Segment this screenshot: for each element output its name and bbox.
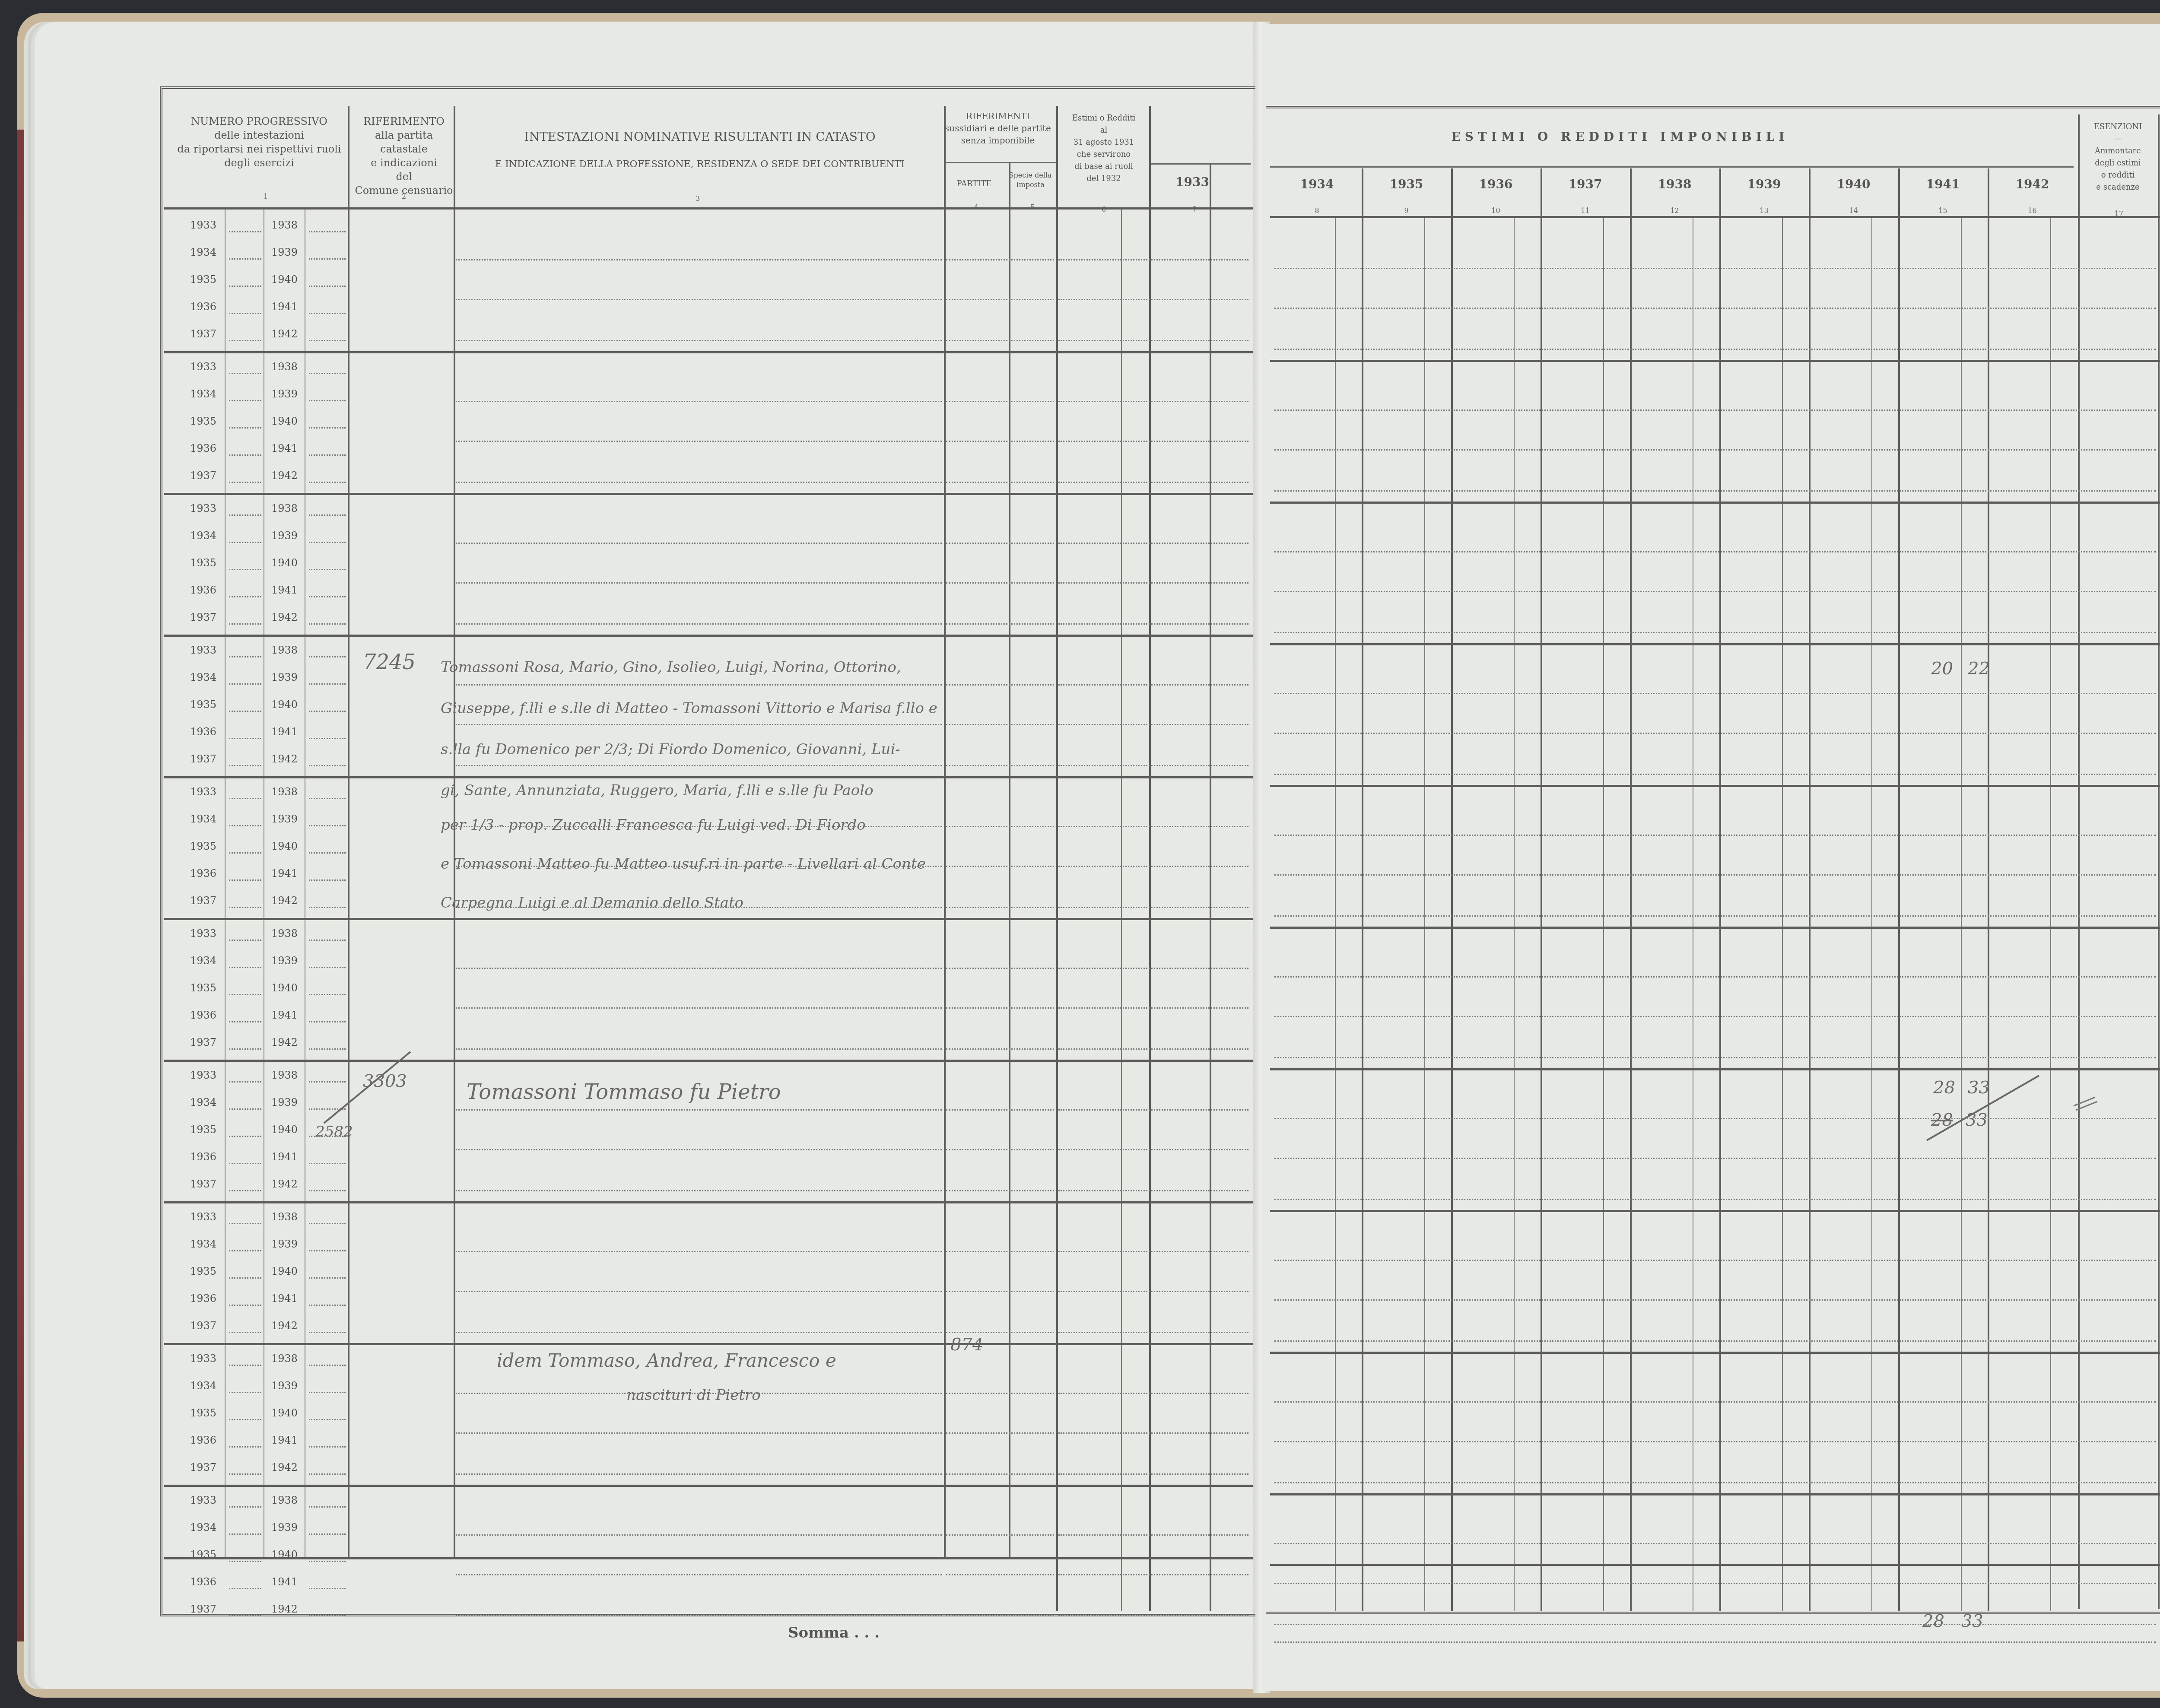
year-label: 1942: [271, 1320, 298, 1332]
col-number: 14: [1809, 206, 1898, 215]
entry-line: [309, 569, 346, 570]
name-line: [456, 1332, 942, 1333]
year-header: 1935: [1362, 177, 1451, 191]
name-line: [456, 1534, 942, 1536]
entry-line: [309, 879, 346, 881]
entry-line: [309, 1190, 346, 1191]
somma-1941-cent: 33: [1961, 1611, 1983, 1631]
value-line: [1058, 1615, 1248, 1616]
entry-line: [229, 1081, 261, 1083]
year-label: 1937: [190, 1320, 216, 1332]
esenzioni-sub: e scadenze: [2080, 181, 2156, 194]
header-col45-sub: senza imponibile: [944, 134, 1052, 146]
entry-line: [229, 400, 261, 401]
block-divider: [164, 351, 1253, 353]
year-label: 1937: [190, 611, 216, 623]
value-line: [1058, 441, 1248, 442]
name-line: [456, 441, 942, 442]
year-label: 1938: [271, 1494, 298, 1506]
vline: [264, 210, 264, 1557]
year-label: 1942: [271, 1178, 298, 1190]
entry-line: [229, 940, 261, 941]
vline: [1630, 168, 1632, 1611]
entry-line: [309, 1250, 346, 1251]
year-label: 1938: [271, 644, 298, 656]
entry-line: [309, 258, 346, 260]
name-line: [456, 1615, 942, 1616]
block4-line: Giuseppe, f.lli e s.lle di Matteo - Toma…: [441, 700, 937, 717]
value-line: [1058, 340, 1248, 341]
entry-line: [229, 427, 261, 429]
year-label: 1933: [190, 219, 216, 231]
year-label: 1937: [190, 1461, 216, 1473]
name-line: [456, 1251, 942, 1252]
year-header: 1936: [1451, 177, 1541, 191]
entry-line: [309, 798, 346, 799]
value-line: [1274, 1260, 2156, 1261]
vline: [1898, 168, 1900, 1611]
year-label: 1942: [271, 895, 298, 907]
year-label: 1934: [190, 1380, 216, 1392]
block-divider: [1270, 1493, 2160, 1495]
value-line: [1058, 482, 1248, 483]
value-line: [1058, 543, 1248, 544]
vline: [1009, 162, 1010, 1557]
year-label: 1937: [190, 1036, 216, 1048]
partite-line: [946, 1332, 1054, 1333]
block-divider: [164, 776, 1253, 778]
name-line: [456, 543, 942, 544]
entry-line: [229, 373, 261, 374]
entry-line: [309, 514, 346, 516]
year-label: 1935: [190, 557, 216, 569]
entry-line: [309, 1561, 346, 1562]
vline: [225, 210, 226, 1557]
year-label: 1936: [190, 726, 216, 738]
col-number-2: 2: [397, 192, 410, 200]
year-header: 1941: [1898, 177, 1988, 191]
entry-line: [229, 798, 261, 799]
estimi-group-title: ESTIMI O REDDITI IMPONIBILI: [1339, 130, 1901, 144]
entry-line: [229, 1332, 261, 1333]
entry-line: [309, 1365, 346, 1366]
year-label: 1938: [271, 1211, 298, 1223]
partite-line: [946, 1291, 1054, 1292]
year-label: 1935: [190, 415, 216, 427]
block-divider: [1270, 643, 2160, 645]
year-label: 1940: [271, 1124, 298, 1136]
value-line: [1058, 401, 1248, 402]
entry-line: [229, 852, 261, 854]
value-line: [1058, 1291, 1248, 1292]
name-line: [456, 724, 942, 725]
partite-line: [946, 1048, 1054, 1050]
value-line: [1058, 1048, 1248, 1050]
partite-line: [946, 724, 1054, 725]
entry-line: [229, 454, 261, 456]
entry-line: [229, 1190, 261, 1191]
year-header: 1940: [1809, 177, 1898, 191]
year-label: 1942: [271, 1461, 298, 1473]
entry-line: [229, 1392, 261, 1393]
year-label: 1933: [190, 1211, 216, 1223]
vline: [1809, 168, 1811, 1611]
year-label: 1934: [190, 671, 216, 683]
block-divider: [164, 1485, 1253, 1487]
year-label: 1933: [190, 361, 216, 373]
block-divider: [1270, 785, 2160, 787]
year-label: 1941: [271, 867, 298, 879]
year-label: 1934: [190, 530, 216, 542]
value-line: [1274, 1057, 2156, 1058]
year-label: 1941: [271, 442, 298, 454]
value-line: [1058, 1534, 1248, 1536]
name-line: [456, 1048, 942, 1050]
partite-line: [946, 1251, 1054, 1252]
value-line: [1274, 1158, 2156, 1159]
year-label: 1937: [190, 1178, 216, 1190]
year-label: 1939: [271, 246, 298, 258]
partite-line: [946, 1574, 1054, 1575]
year-label: 1935: [190, 698, 216, 711]
value-line: [1274, 551, 2156, 552]
diagonal-transfer-line: [320, 1050, 415, 1127]
year-label: 1933: [190, 1069, 216, 1081]
year-label: 1933: [190, 786, 216, 798]
vline: [348, 106, 349, 1557]
entry-line: [229, 967, 261, 968]
header-col2-sub: alla partita catastale: [352, 128, 456, 156]
year-label: 1939: [271, 530, 298, 542]
value-line: [1058, 1473, 1248, 1475]
header-riferimenti-sussidiari: RIFERIMENTI sussidiari e delle partite s…: [944, 110, 1052, 146]
header-partite: PARTITE: [944, 179, 1004, 188]
year-label: 1935: [190, 982, 216, 994]
value-line: [1058, 582, 1248, 584]
col-number: 15: [1898, 206, 1988, 215]
entry-line: [229, 286, 261, 287]
entry-line: [229, 1305, 261, 1306]
year-label: 1941: [271, 1292, 298, 1305]
block4-ref: 7245: [363, 650, 416, 674]
year-label: 1940: [271, 415, 298, 427]
value-line: [1274, 874, 2156, 876]
entry-line: [229, 1108, 261, 1110]
year-label: 1942: [271, 1603, 298, 1615]
year-label: 1941: [271, 726, 298, 738]
block5-line: per 1/3 - prop. Zuccalli Francesca fu Lu…: [441, 816, 866, 834]
header-intestazioni: INTESTAZIONI NOMINATIVE RISULTANTI IN CA…: [458, 130, 942, 170]
year-label: 1934: [190, 1096, 216, 1108]
year-label: 1936: [190, 867, 216, 879]
header-col6-sub: che servirono: [1058, 149, 1149, 161]
entry-line: [229, 994, 261, 995]
name-line: [456, 582, 942, 584]
value-line: [1058, 1109, 1248, 1111]
name-line: [456, 765, 942, 766]
year-label: 1936: [190, 442, 216, 454]
vline: [1056, 106, 1058, 1611]
entry-line: [229, 1223, 261, 1224]
block-divider: [1270, 927, 2160, 929]
value-line: [1058, 1190, 1248, 1191]
entry-line: [229, 482, 261, 483]
year-label: 1939: [271, 955, 298, 967]
entry-line: [309, 1615, 346, 1616]
year-label: 1938: [271, 361, 298, 373]
vline: [1988, 168, 1989, 1611]
block-divider: [1270, 360, 2160, 362]
partite-line: [946, 1149, 1054, 1150]
partite-line: [946, 1190, 1054, 1191]
value-line: [1058, 1432, 1248, 1434]
vline: [305, 210, 305, 1557]
vline: [1210, 164, 1211, 1611]
esenzioni-header: ESENZIONI — Ammontare degli estimi o red…: [2080, 121, 2156, 194]
name-line: [456, 1007, 942, 1009]
block9-partite: 874: [950, 1335, 983, 1355]
entry-line: [309, 852, 346, 854]
value-line: [1274, 591, 2156, 592]
block-divider: [1270, 502, 2160, 504]
header-col6-title: Estimi o Redditi: [1058, 112, 1149, 124]
year-label: 1933: [190, 502, 216, 514]
value-line: [1274, 308, 2156, 309]
entry-line: [229, 907, 261, 908]
entry-line: [229, 231, 261, 232]
block-divider: [164, 493, 1253, 495]
year-header: 1937: [1541, 177, 1630, 191]
entry-line: [309, 373, 346, 374]
value-line: [1274, 1340, 2156, 1342]
partite-line: [946, 968, 1054, 969]
entry-line: [309, 1163, 346, 1164]
vline: [1362, 168, 1363, 1611]
year-label: 1939: [271, 1238, 298, 1250]
value-line: [1274, 268, 2156, 269]
col-number: 12: [1630, 206, 1719, 215]
header-numero-progressivo: NUMERO PROGRESSIVO delle intestazioni da…: [173, 114, 346, 170]
name-line: [456, 1574, 942, 1575]
entry-line: [229, 1446, 261, 1448]
block-divider: [164, 1343, 1253, 1345]
entry-line: [229, 656, 261, 657]
partite-line: [946, 543, 1054, 544]
partite-line: [946, 1534, 1054, 1536]
name-line: [456, 482, 942, 483]
header-col1-sub: da riportarsi nei rispettivi ruoli: [173, 142, 346, 156]
header-col3-sub: E INDICAZIONE DELLA PROFESSIONE, RESIDEN…: [458, 159, 942, 170]
entry-line: [309, 1446, 346, 1448]
year-label: 1933: [190, 644, 216, 656]
value-line: [1274, 490, 2156, 492]
year-label: 1938: [271, 786, 298, 798]
partite-line: [946, 582, 1054, 584]
value-line: [1274, 1624, 2156, 1625]
year-header: 1939: [1719, 177, 1809, 191]
year-header: 1942: [1988, 177, 2077, 191]
value-line: [1058, 1574, 1248, 1575]
year-label: 1937: [190, 753, 216, 765]
entry-line: [229, 1021, 261, 1022]
value-line: [1058, 907, 1248, 908]
year-label: 1941: [271, 1434, 298, 1446]
block4-1941-cent: 22: [1968, 659, 1990, 679]
entry-line: [309, 623, 346, 625]
entry-line: [309, 482, 346, 483]
strike-stroke: [1918, 1071, 2100, 1149]
entry-line: [309, 400, 346, 401]
year-label: 1933: [190, 927, 216, 940]
entry-line: [229, 825, 261, 826]
entry-line: [309, 1223, 346, 1224]
value-line: [1058, 866, 1248, 867]
entry-line: [229, 514, 261, 516]
year-label: 1936: [190, 584, 216, 596]
block5-line: e Tomassoni Matteo fu Matteo usuf.ri in …: [441, 855, 926, 873]
year-label: 1942: [271, 753, 298, 765]
year-label: 1935: [190, 273, 216, 286]
block5-line: Carpegna Luigi e al Demanio dello Stato: [441, 894, 743, 911]
partite-line: [946, 1615, 1054, 1616]
header-col6-sub: del 1932: [1058, 173, 1149, 185]
partite-line: [946, 1007, 1054, 1009]
partite-line: [946, 826, 1054, 827]
partite-line: [946, 907, 1054, 908]
entry-line: [229, 1048, 261, 1050]
entry-line: [309, 940, 346, 941]
header-divider-45: [944, 162, 1056, 163]
entry-line: [229, 1136, 261, 1137]
value-line: [1274, 1583, 2156, 1584]
entry-line: [309, 596, 346, 597]
value-line: [1274, 349, 2156, 350]
header-specie-imposta: Specie della Imposta: [1007, 171, 1054, 190]
entry-line: [309, 1506, 346, 1508]
col-number: 11: [1541, 206, 1630, 215]
entry-line: [229, 1419, 261, 1420]
block4-line: s.lla fu Domenico per 2/3; Di Fiordo Dom…: [441, 741, 900, 758]
block-divider: [1270, 1068, 2160, 1070]
year-label: 1940: [271, 557, 298, 569]
value-line: [1058, 1393, 1248, 1394]
col-number-1: 1: [259, 192, 272, 200]
value-line: [1274, 1016, 2156, 1017]
entry-line: [309, 1305, 346, 1306]
year-label: 1937: [190, 470, 216, 482]
partite-line: [946, 340, 1054, 341]
year-label: 1940: [271, 982, 298, 994]
esenzioni-dash: —: [2080, 133, 2156, 145]
entry-line: [229, 596, 261, 597]
year-label: 1934: [190, 246, 216, 258]
year-label: 1938: [271, 927, 298, 940]
block-divider: [164, 918, 1253, 920]
entry-line: [309, 1021, 346, 1022]
entry-line: [309, 1419, 346, 1420]
value-line: [1058, 623, 1248, 625]
year-label: 1942: [271, 611, 298, 623]
entry-line: [229, 1473, 261, 1475]
entry-line: [309, 683, 346, 685]
year-label: 1934: [190, 1521, 216, 1533]
entry-line: [309, 907, 346, 908]
name-line: [456, 1109, 942, 1111]
year-label: 1939: [271, 671, 298, 683]
header-col1-title: NUMERO PROGRESSIVO: [173, 114, 346, 128]
year-header: 1934: [1272, 177, 1362, 191]
entry-line: [229, 623, 261, 625]
left-footer-rule: [164, 1557, 1253, 1559]
entry-line: [229, 1277, 261, 1279]
year-label: 1936: [190, 301, 216, 313]
value-line: [1274, 1401, 2156, 1403]
value-line: [1274, 835, 2156, 836]
right-footer-rule: [1270, 1564, 2160, 1566]
value-line: [1058, 259, 1248, 260]
entry-line: [229, 542, 261, 543]
year-label: 1935: [190, 1407, 216, 1419]
entry-line: [229, 569, 261, 570]
block9-line: idem Tommaso, Andrea, Francesco e: [497, 1350, 836, 1371]
partite-line: [946, 401, 1054, 402]
value-line: [1058, 299, 1248, 300]
name-line: [456, 1473, 942, 1475]
header-col6-sub: di base ai ruoli: [1058, 161, 1149, 173]
vline: [2078, 114, 2080, 1609]
value-line: [1058, 1007, 1248, 1009]
col-number: 16: [1988, 206, 2077, 215]
entry-line: [309, 542, 346, 543]
value-line: [1058, 968, 1248, 969]
header-col2-sub: e indicazioni: [352, 156, 456, 170]
year-label: 1939: [271, 813, 298, 825]
entry-line: [309, 1392, 346, 1393]
header-estimi-1931: Estimi o Redditi al 31 agosto 1931 che s…: [1058, 112, 1149, 185]
esenzioni-sub: degli estimi: [2080, 157, 2156, 169]
year-label: 1941: [271, 301, 298, 313]
block4-1941-lire: 20: [1931, 659, 1953, 679]
year-label: 1941: [271, 1151, 298, 1163]
year-label: 1935: [190, 840, 216, 852]
year-label: 1938: [271, 1352, 298, 1365]
year-label: 1934: [190, 813, 216, 825]
year-label: 1939: [271, 1096, 298, 1108]
col-number: 8: [1272, 206, 1362, 215]
entry-line: [309, 825, 346, 826]
col-number-3: 3: [691, 194, 704, 203]
somma-1941-lire: 28: [1922, 1611, 1944, 1631]
col-number: 10: [1451, 206, 1541, 215]
partite-line: [946, 299, 1054, 300]
value-line: [1274, 693, 2156, 694]
value-line: [1058, 765, 1248, 766]
name-line: [456, 968, 942, 969]
block9-line: nascituri di Pietro: [626, 1387, 761, 1404]
entry-line: [229, 879, 261, 881]
entry-line: [309, 1473, 346, 1475]
header-year-1933: 1933: [1158, 175, 1227, 189]
vline: [944, 106, 946, 1557]
entry-line: [229, 711, 261, 712]
entry-line: [309, 1332, 346, 1333]
name-line: [456, 259, 942, 260]
somma-value-line: [1274, 1641, 2156, 1643]
value-line: [1058, 1332, 1248, 1333]
header-col1-sub: delle intestazioni: [173, 128, 346, 142]
col-number: 9: [1362, 206, 1451, 215]
year-label: 1942: [271, 470, 298, 482]
